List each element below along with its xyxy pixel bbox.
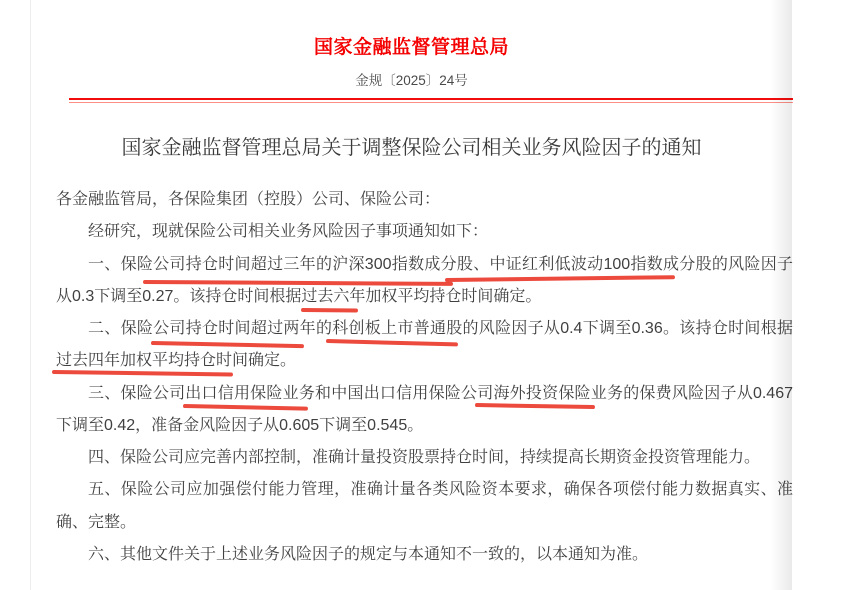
item-6-line: 六、其他文件关于上述业务风险因子的规定与本通知不一致的，以本通知为准。: [56, 539, 793, 571]
document-body: 各金融监管局，各保险集团（控股）公司、保险公司： 经研究，现就保险公司相关业务风…: [56, 184, 793, 571]
notice-title: 国家金融监督管理总局关于调整保险公司相关业务风险因子的通知: [31, 131, 792, 160]
item-3-line-2: 下调至0.42，准备金风险因子从0.605下调至0.545。: [56, 410, 793, 442]
salutation-line: 各金融监管局，各保险集团（控股）公司、保险公司：: [56, 184, 793, 216]
doc-number: 金规〔2025〕24号: [31, 69, 792, 89]
item-5-line-2: 确、完整。: [56, 507, 793, 539]
header-rule: [69, 98, 793, 103]
document-panel: 国家金融监督管理总局 金规〔2025〕24号 国家金融监督管理总局关于调整保险公…: [30, 0, 792, 590]
header-rule-thin-line: [69, 102, 793, 104]
item-1-line-2: 从0.3下调至0.27。该持仓时间根据过去六年加权平均持仓时间确定。: [56, 281, 793, 313]
item-3-line-1: 三、保险公司出口信用保险业务和中国出口信用保险公司海外投资保险业务的保费风险因子…: [56, 378, 793, 410]
item-4-line: 四、保险公司应完善内部控制，准确计量投资股票持仓时间，持续提高长期资金投资管理能…: [56, 442, 793, 474]
intro-line: 经研究，现就保险公司相关业务风险因子事项通知如下：: [56, 216, 793, 248]
item-1-line-1: 一、保险公司持仓时间超过三年的沪深300指数成分股、中证红利低波动100指数成分…: [56, 249, 793, 281]
agency-title: 国家金融监督管理总局: [31, 32, 792, 59]
page: 国家金融监督管理总局 金规〔2025〕24号 国家金融监督管理总局关于调整保险公…: [0, 0, 843, 590]
header-rule-thick-line: [69, 98, 793, 100]
item-5-line-1: 五、保险公司应加强偿付能力管理，准确计量各类风险资本要求，确保各项偿付能力数据真…: [56, 474, 793, 506]
item-2-line-1: 二、保险公司持仓时间超过两年的科创板上市普通股的风险因子从0.4下调至0.36。…: [56, 313, 793, 345]
item-2-line-2: 过去四年加权平均持仓时间确定。: [56, 345, 793, 377]
